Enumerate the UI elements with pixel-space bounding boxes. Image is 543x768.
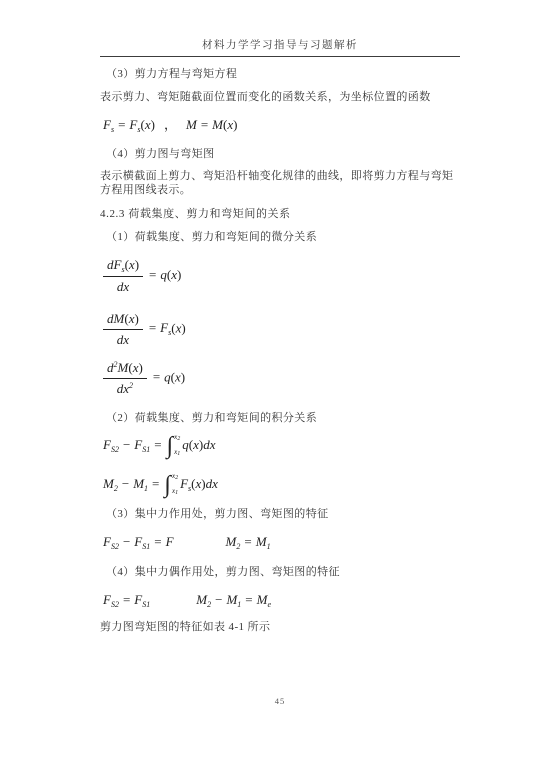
paragraph-table-reference: 剪力图弯矩图的特征如表 4-1 所示	[100, 620, 460, 634]
section-heading-4-2-3: 4.2.3 荷载集度、剪力和弯矩间的关系	[100, 205, 460, 221]
heading-concentrated-force: （3）集中力作用处，剪力图、弯矩图的特征	[100, 507, 460, 521]
page-content: 材料力学学习指导与习题解析 （3）剪力方程与弯矩方程 表示剪力、弯矩随截面位置而…	[100, 0, 460, 634]
heading-shear-moment-equations: （3）剪力方程与弯矩方程	[100, 67, 460, 81]
formula-dm-dx: dM(x)dx=Fs(x)	[100, 311, 460, 348]
formula-shear-moment-functions: Fs=Fs(x)，M=M(x)	[100, 114, 460, 134]
paragraph-diagram-definition: 表示横截面上剪力、弯矩沿杆轴变化规律的曲线，即将剪力方程与弯矩方程用图线表示。	[100, 169, 460, 197]
page-number: 45	[275, 696, 286, 706]
header-divider	[100, 56, 460, 57]
heading-concentrated-couple: （4）集中力偶作用处，剪力图、弯矩图的特征	[100, 565, 460, 579]
formula-moment-integral: M2−M1=∫x2x1Fs(x)dx	[100, 472, 460, 498]
formula-concentrated-couple: FS2=FS1M2−M1=Me	[100, 592, 460, 609]
running-head-title: 材料力学学习指导与习题解析	[100, 37, 460, 52]
formula-concentrated-force: FS2−FS1=FM2=M1	[100, 534, 460, 551]
formula-d2m-dx2: d2M(x)dx2=q(x)	[100, 360, 460, 397]
page-footer: 45	[100, 691, 460, 709]
page-header: 材料力学学习指导与习题解析	[100, 0, 460, 57]
formula-shear-integral: FS2−FS1=∫x2x1q(x)dx	[100, 433, 460, 459]
heading-differential-relations: （1）荷载集度、剪力和弯矩间的微分关系	[100, 230, 460, 244]
document-page: 材料力学学习指导与习题解析 （3）剪力方程与弯矩方程 表示剪力、弯矩随截面位置而…	[0, 0, 543, 634]
paragraph-function-relation: 表示剪力、弯矩随截面位置而变化的函数关系，为坐标位置的函数	[100, 90, 460, 104]
heading-integral-relations: （2）荷载集度、剪力和弯矩间的积分关系	[100, 411, 460, 425]
heading-shear-moment-diagrams: （4）剪力图与弯矩图	[100, 147, 460, 161]
formula-dfs-dx: dFs(x)dx=q(x)	[100, 257, 460, 295]
